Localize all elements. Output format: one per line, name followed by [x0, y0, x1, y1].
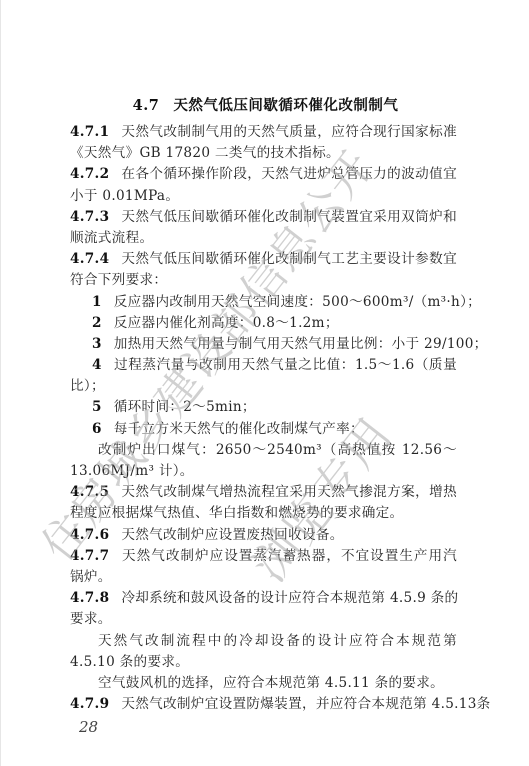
- text-line: 比）；: [70, 376, 457, 397]
- item-number: 1: [92, 294, 102, 310]
- clause-line: 4.7.8冷却系统和鼓风设备的设计应符合本规范第 4.5.9 条的: [70, 588, 457, 609]
- line-text: 《天然气》GB 17820 二类气的技术指标。: [70, 145, 340, 161]
- line-text: 要求。: [70, 611, 112, 627]
- item-number: 5: [92, 399, 102, 415]
- line-text: 反应器内催化剂高度：0.8～1.2m；: [114, 315, 339, 331]
- list-item-line: 4过程蒸汽量与改制用天然气量之比值：1.5～1.6（质量: [70, 355, 457, 376]
- item-number: 6: [92, 421, 102, 437]
- text-line: 顺流式流程。: [70, 228, 457, 249]
- clause-line: 4.7.6天然气改制炉应设置废热回收设备。: [70, 525, 457, 546]
- line-text: 天然气低压间歇循环催化改制制气装置宜采用双筒炉和: [121, 209, 457, 225]
- line-text: 天然气改制炉应设置蒸汽蓄热器，不宜设置生产用汽: [121, 548, 457, 564]
- text-line: 程度应根据煤气热值、华白指数和燃烧势的要求确定。: [70, 503, 457, 524]
- clause-line: 4.7.9天然气改制炉宜设置防爆装置，并应符合本规范第 4.5.13条: [70, 694, 457, 715]
- line-text: 天然气改制制气用的天然气质量，应符合现行国家标准: [121, 124, 457, 140]
- clause-number: 4.7.7: [70, 548, 109, 564]
- text-line: 空气鼓风机的选择，应符合本规范第 4.5.11 条的要求。: [70, 673, 457, 694]
- document-body: 4.7.1天然气改制制气用的天然气质量，应符合现行国家标准《天然气》GB 178…: [70, 122, 457, 715]
- line-text: 天然气改制煤气增热流程宜采用天然气掺混方案，增热: [121, 484, 457, 500]
- section-number: 4.7: [133, 97, 160, 114]
- line-text: 改制炉出口煤气：2650～2540m³（高热值按 12.56～: [98, 442, 457, 458]
- text-line: 天然气改制流程中的冷却设备的设计应符合本规范第: [70, 631, 457, 652]
- text-line: 锅炉。: [70, 567, 457, 588]
- clause-number: 4.7.6: [70, 527, 109, 543]
- section-title: 天然气低压间歇循环催化改制制气: [173, 98, 398, 114]
- line-text: 天然气低压间歇循环催化改制制气工艺主要设计参数宜: [121, 251, 457, 267]
- section-heading: 4.7天然气低压间歇循环催化改制制气: [1, 94, 529, 115]
- text-line: 改制炉出口煤气：2650～2540m³（高热值按 12.56～: [70, 440, 457, 461]
- line-text: 冷却系统和鼓风设备的设计应符合本规范第 4.5.9 条的: [121, 590, 458, 606]
- line-text: 过程蒸汽量与改制用天然气量之比值：1.5～1.6（质量: [114, 357, 457, 373]
- text-line: 要求。: [70, 609, 457, 630]
- clause-number: 4.7.9: [70, 696, 109, 712]
- line-text: 顺流式流程。: [70, 230, 153, 246]
- line-text: 程度应根据煤气热值、华白指数和燃烧势的要求确定。: [70, 505, 403, 521]
- text-line: 符合下列要求：: [70, 270, 457, 291]
- line-text: 空气鼓风机的选择，应符合本规范第 4.5.11 条的要求。: [98, 675, 444, 691]
- line-text: 小于 0.01MPa。: [70, 188, 179, 204]
- text-line: 《天然气》GB 17820 二类气的技术指标。: [70, 143, 457, 164]
- line-text: 4.5.10 条的要求。: [70, 654, 189, 670]
- page-number: 28: [79, 718, 98, 736]
- item-number: 2: [92, 315, 102, 331]
- line-text: 在各个循环操作阶段，天然气进炉总管压力的波动值宜: [121, 166, 457, 182]
- item-number: 3: [92, 336, 102, 352]
- line-text: 符合下列要求：: [70, 272, 167, 288]
- text-line: 4.5.10 条的要求。: [70, 652, 457, 673]
- line-text: 天然气改制炉应设置废热回收设备。: [121, 527, 343, 543]
- line-text: 加热用天然气用量与制气用天然气用量比例：小于 29/100；: [114, 336, 488, 352]
- clause-line: 4.7.1天然气改制制气用的天然气质量，应符合现行国家标准: [70, 122, 457, 143]
- text-line: 小于 0.01MPa。: [70, 186, 457, 207]
- clause-number: 4.7.5: [70, 484, 109, 500]
- line-text: 反应器内改制用天然气空间速度：500～600m³/（m³·h）；: [114, 294, 481, 310]
- document-page: 4.7天然气低压间歇循环催化改制制气 4.7.1天然气改制制气用的天然气质量，应…: [0, 0, 529, 766]
- list-item-line: 3加热用天然气用量与制气用天然气用量比例：小于 29/100；: [70, 334, 457, 355]
- clause-number: 4.7.2: [70, 166, 109, 182]
- line-text: 每千立方米天然气的催化改制煤气产率：: [114, 421, 364, 437]
- clause-number: 4.7.8: [70, 590, 109, 606]
- clause-line: 4.7.2在各个循环操作阶段，天然气进炉总管压力的波动值宜: [70, 164, 457, 185]
- list-item-line: 6每千立方米天然气的催化改制煤气产率：: [70, 419, 457, 440]
- clause-line: 4.7.7天然气改制炉应设置蒸汽蓄热器，不宜设置生产用汽: [70, 546, 457, 567]
- item-number: 4: [92, 357, 102, 373]
- clause-number: 4.7.1: [70, 124, 109, 140]
- clause-line: 4.7.5天然气改制煤气增热流程宜采用天然气掺混方案，增热: [70, 482, 457, 503]
- line-text: 13.06MJ/m³ 计）。: [70, 463, 194, 479]
- text-line: 13.06MJ/m³ 计）。: [70, 461, 457, 482]
- list-item-line: 1反应器内改制用天然气空间速度：500～600m³/（m³·h）；: [70, 292, 457, 313]
- clause-line: 4.7.3天然气低压间歇循环催化改制制气装置宜采用双筒炉和: [70, 207, 457, 228]
- line-text: 锅炉。: [70, 569, 112, 585]
- clause-number: 4.7.4: [70, 251, 109, 267]
- list-item-line: 5循环时间：2～5min；: [70, 397, 457, 418]
- clause-number: 4.7.3: [70, 209, 109, 225]
- line-text: 天然气改制流程中的冷却设备的设计应符合本规范第: [98, 633, 457, 649]
- line-text: 天然气改制炉宜设置防爆装置，并应符合本规范第 4.5.13条: [121, 696, 490, 712]
- line-text: 循环时间：2～5min；: [114, 399, 256, 415]
- clause-line: 4.7.4天然气低压间歇循环催化改制制气工艺主要设计参数宜: [70, 249, 457, 270]
- line-text: 比）；: [70, 378, 105, 394]
- list-item-line: 2反应器内催化剂高度：0.8～1.2m；: [70, 313, 457, 334]
